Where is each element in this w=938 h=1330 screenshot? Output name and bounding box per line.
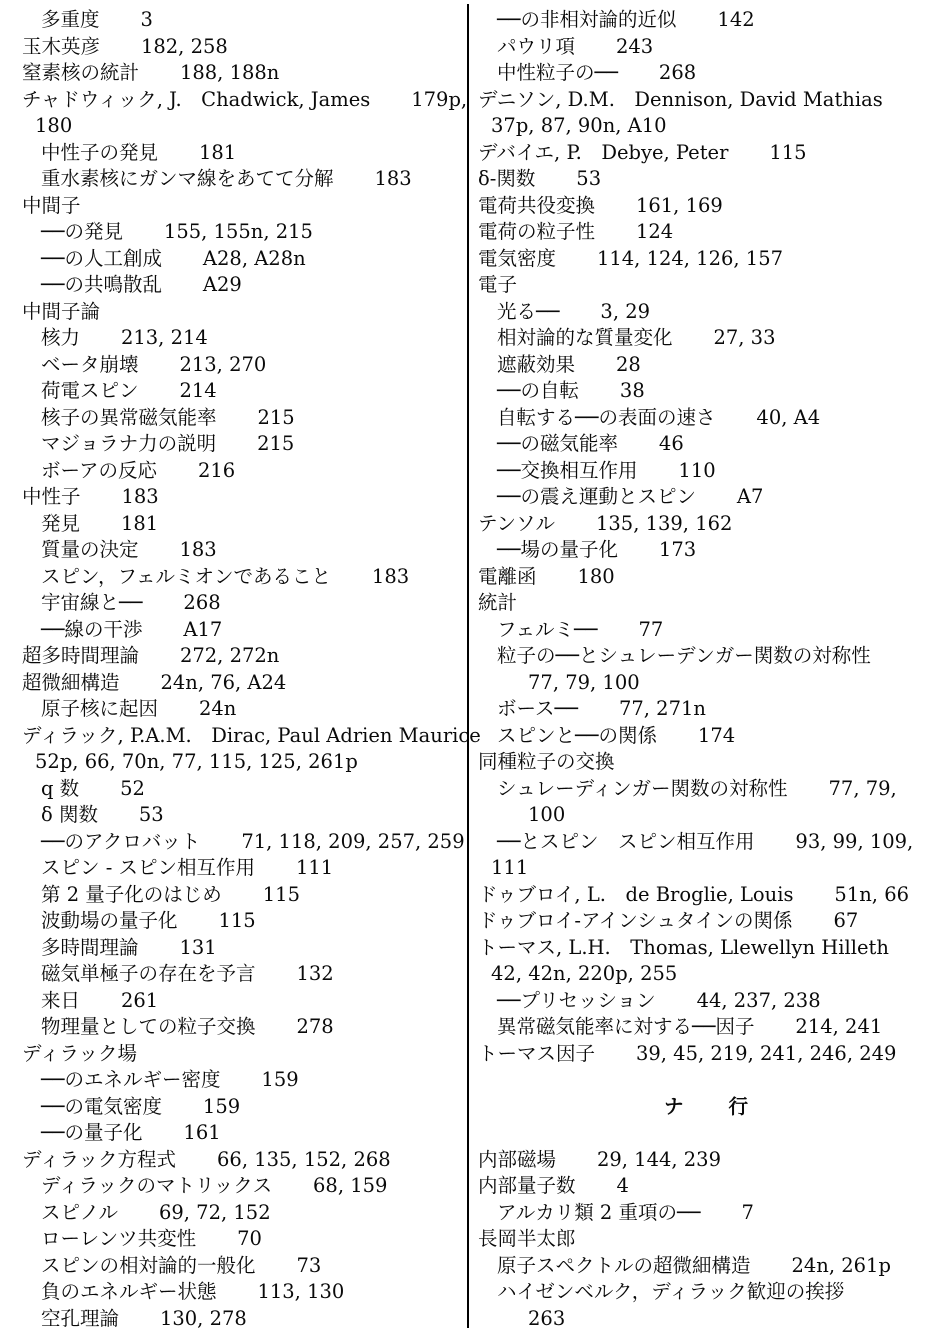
entry-text: 電子 bbox=[478, 273, 517, 296]
page-numbers: A17 bbox=[183, 618, 222, 641]
index-entry-line: ──とスピン スピン相互作用93, 99, 109, bbox=[478, 829, 936, 856]
entry-text: トーマス, L.H. Thomas, Llewellyn Hilleth bbox=[478, 936, 889, 959]
page-numbers: 214, 241 bbox=[795, 1015, 882, 1038]
index-entry-line: 磁気単極子の存在を予言132 bbox=[22, 961, 466, 988]
index-entry-line: スピンの相対論的一般化73 bbox=[22, 1253, 466, 1280]
index-entry-line: 電気密度114, 124, 126, 157 bbox=[478, 246, 936, 273]
section-header-text: ナ 行 bbox=[664, 1095, 750, 1118]
index-entry-line: 遮蔽効果28 bbox=[478, 352, 936, 379]
section-header: ナ 行 bbox=[478, 1094, 936, 1121]
index-entry-line: 長岡半太郎 bbox=[478, 1226, 936, 1253]
entry-text: スピノル bbox=[41, 1201, 118, 1224]
index-entry-line: 荷電スピン214 bbox=[22, 378, 466, 405]
page-numbers: 243 bbox=[616, 35, 653, 58]
page-numbers: 216 bbox=[198, 459, 235, 482]
blank-line bbox=[478, 1067, 936, 1094]
entry-text: ──の量子化 bbox=[41, 1121, 142, 1144]
page-numbers: 159 bbox=[203, 1095, 240, 1118]
page-numbers: 174 bbox=[698, 724, 735, 747]
entry-text: 多時間理論 bbox=[41, 936, 139, 959]
index-entry-line: ディラック, P.A.M. Dirac, Paul Adrien Maurice bbox=[22, 723, 466, 750]
index-entry-line: 原子スペクトルの超微細構造24n, 261p bbox=[478, 1253, 936, 1280]
index-entry-line: 77, 79, 100 bbox=[478, 670, 936, 697]
entry-text: ──の非相対論的近似 bbox=[497, 8, 676, 31]
entry-text: ドゥブロイ-アインシュタインの関係 bbox=[478, 909, 793, 932]
entry-text: ──とスピン スピン相互作用 bbox=[497, 830, 754, 853]
page-numbers: 155, 155n, 215 bbox=[164, 220, 313, 243]
page-numbers: 4 bbox=[616, 1174, 628, 1197]
entry-text: ディラック, P.A.M. Dirac, Paul Adrien Maurice bbox=[22, 724, 481, 747]
index-entry-line: 中間子論 bbox=[22, 299, 466, 326]
entry-text: シュレーディンガー関数の対称性 bbox=[497, 777, 788, 800]
index-entry-line: 異常磁気能率に対する──因子214, 241 bbox=[478, 1014, 936, 1041]
index-entry-line: 263 bbox=[478, 1306, 936, 1330]
entry-text: ディラックのマトリックス bbox=[41, 1174, 272, 1197]
page-numbers: 183 bbox=[372, 565, 409, 588]
index-entry-line: 電離函180 bbox=[478, 564, 936, 591]
entry-text: ベータ崩壊 bbox=[41, 353, 139, 376]
page-numbers: 3 bbox=[140, 8, 152, 31]
index-entry-line: 自転する──の表面の速さ40, A4 bbox=[478, 405, 936, 432]
page-numbers: 181 bbox=[121, 512, 158, 535]
entry-text: ──場の量子化 bbox=[497, 538, 618, 561]
index-entry-line: ──の磁気能率46 bbox=[478, 431, 936, 458]
page-numbers: 131 bbox=[179, 936, 216, 959]
entry-text: ──プリセッション bbox=[497, 989, 656, 1012]
page-numbers: 73 bbox=[296, 1254, 321, 1277]
entry-text: 180 bbox=[35, 114, 72, 137]
index-entry-line: ──の自転38 bbox=[478, 378, 936, 405]
index-entry-line: デバイエ, P. Debye, Peter115 bbox=[478, 140, 936, 167]
entry-text: 荷電スピン bbox=[41, 379, 139, 402]
entry-text: ──のアクロバット bbox=[41, 830, 200, 853]
page-numbers: 278 bbox=[296, 1015, 333, 1038]
index-entry-line: 相対論的な質量変化27, 33 bbox=[478, 325, 936, 352]
index-entry-line: ドゥブロイ-アインシュタインの関係67 bbox=[478, 908, 936, 935]
entry-text: 波動場の量子化 bbox=[41, 909, 178, 932]
entry-text: 中性子 bbox=[22, 485, 81, 508]
entry-text: 電荷の粒子性 bbox=[478, 220, 595, 243]
page-numbers: 3, 29 bbox=[600, 300, 650, 323]
index-entry-line: 波動場の量子化115 bbox=[22, 908, 466, 935]
entry-text: ──の磁気能率 bbox=[497, 432, 618, 455]
entry-text: 中間子論 bbox=[22, 300, 100, 323]
page-numbers: 51n, 66 bbox=[834, 883, 909, 906]
entry-text: δ 関数 bbox=[41, 803, 98, 826]
page-numbers: 272, 272n bbox=[180, 644, 279, 667]
entry-text: ──の人工創成 bbox=[41, 247, 162, 270]
entry-text: 電離函 bbox=[478, 565, 537, 588]
entry-text: 長岡半太郎 bbox=[478, 1227, 576, 1250]
index-entry-line: ──場の量子化173 bbox=[478, 537, 936, 564]
index-entry-line: 電子 bbox=[478, 272, 936, 299]
entry-text: 中間子 bbox=[22, 194, 81, 217]
page-numbers: 180 bbox=[577, 565, 614, 588]
index-entry-line: マジョラナ力の説明215 bbox=[22, 431, 466, 458]
index-entry-line: 中性子の発見181 bbox=[22, 140, 466, 167]
entry-text: ハイゼンベルク，ディラック歓迎の挨拶 bbox=[497, 1280, 844, 1303]
index-entry-line: 第 2 量子化のはじめ115 bbox=[22, 882, 466, 909]
page-numbers: 93, 99, 109, bbox=[795, 830, 913, 853]
page-numbers: 44, 237, 238 bbox=[697, 989, 821, 1012]
index-entry-line: ──の発見155, 155n, 215 bbox=[22, 219, 466, 246]
page-numbers: 173 bbox=[659, 538, 696, 561]
page-numbers: 261 bbox=[121, 989, 158, 1012]
blank-line bbox=[478, 1120, 936, 1147]
entry-text: 第 2 量子化のはじめ bbox=[41, 883, 222, 906]
page-numbers: 28 bbox=[616, 353, 641, 376]
index-entry-line: 空孔理論130, 278 bbox=[22, 1306, 466, 1330]
entry-text: ──の自転 bbox=[497, 379, 579, 402]
entry-text: テンソル bbox=[478, 512, 555, 535]
index-entry-line: 中間子 bbox=[22, 193, 466, 220]
entry-text: 111 bbox=[491, 856, 528, 879]
entry-text: ──のエネルギー密度 bbox=[41, 1068, 220, 1091]
page-numbers: 113, 130 bbox=[257, 1280, 344, 1303]
index-entry-line: 52p, 66, 70n, 77, 115, 125, 261p bbox=[22, 749, 466, 776]
index-entry-line: 同種粒子の交換 bbox=[478, 749, 936, 776]
index-entry-line: フェルミ──77 bbox=[478, 617, 936, 644]
page-numbers: 183 bbox=[179, 538, 216, 561]
entry-text: スピンと──の関係 bbox=[497, 724, 657, 747]
entry-text: ──交換相互作用 bbox=[497, 459, 637, 482]
index-entry-line: スピン - スピン相互作用111 bbox=[22, 855, 466, 882]
index-entry-line: 玉木英彦182, 258 bbox=[22, 34, 466, 61]
entry-text: デバイエ, P. Debye, Peter bbox=[478, 141, 728, 164]
entry-text: 粒子の──とシュレーデンガー関数の対称性 bbox=[497, 644, 871, 667]
page-numbers: 69, 72, 152 bbox=[159, 1201, 271, 1224]
entry-text: ディラック場 bbox=[22, 1042, 137, 1065]
entry-text: ボース── bbox=[497, 697, 578, 720]
entry-text: スピンの相対論的一般化 bbox=[41, 1254, 256, 1277]
page-numbers: 135, 139, 162 bbox=[596, 512, 732, 535]
page-numbers: 183 bbox=[374, 167, 411, 190]
index-entry-line: q 数52 bbox=[22, 776, 466, 803]
page-numbers: 115 bbox=[218, 909, 255, 932]
index-entry-line: ──の共鳴散乱A29 bbox=[22, 272, 466, 299]
entry-text: 遮蔽効果 bbox=[497, 353, 575, 376]
index-entry-line: 180 bbox=[22, 113, 466, 140]
entry-text: 263 bbox=[528, 1307, 565, 1330]
entry-text: 玉木英彦 bbox=[22, 35, 100, 58]
entry-text: ローレンツ共変性 bbox=[41, 1227, 196, 1250]
page-numbers: 161, 169 bbox=[636, 194, 723, 217]
page-numbers: 268 bbox=[183, 591, 220, 614]
page-numbers: A28, A28n bbox=[203, 247, 306, 270]
entry-text: 中性粒子の── bbox=[497, 61, 618, 84]
entry-text: スピン，フェルミオンであること bbox=[41, 565, 331, 588]
page-numbers: 111 bbox=[296, 856, 333, 879]
entry-text: デニソン, D.M. Dennison, David Mathias bbox=[478, 88, 883, 111]
page-numbers: 27, 33 bbox=[713, 326, 775, 349]
page-numbers: 53 bbox=[576, 167, 601, 190]
page-numbers: 142 bbox=[717, 8, 754, 31]
entry-text: 電気密度 bbox=[478, 247, 556, 270]
index-entry-line: 宇宙線と──268 bbox=[22, 590, 466, 617]
entry-text: 超多時間理論 bbox=[22, 644, 139, 667]
index-entry-line: 来日261 bbox=[22, 988, 466, 1015]
index-entry-line: 質量の決定183 bbox=[22, 537, 466, 564]
page-numbers: 66, 135, 152, 268 bbox=[217, 1148, 391, 1171]
entry-text: 中性子の発見 bbox=[41, 141, 158, 164]
page-numbers: 71, 118, 209, 257, 259 bbox=[241, 830, 464, 853]
entry-text: 相対論的な質量変化 bbox=[497, 326, 673, 349]
index-entry-line: 超多時間理論272, 272n bbox=[22, 643, 466, 670]
index-entry-line: 物理量としての粒子交換278 bbox=[22, 1014, 466, 1041]
index-entry-line: ベータ崩壊213, 270 bbox=[22, 352, 466, 379]
index-entry-line: ローレンツ共変性70 bbox=[22, 1226, 466, 1253]
entry-text: 来日 bbox=[41, 989, 80, 1012]
index-entry-line: 多重度3 bbox=[22, 7, 466, 34]
index-entry-line: 42, 42n, 220p, 255 bbox=[478, 961, 936, 988]
index-entry-line: デニソン, D.M. Dennison, David Mathias bbox=[478, 87, 936, 114]
entry-text: 多重度 bbox=[41, 8, 100, 31]
index-entry-line: 111 bbox=[478, 855, 936, 882]
page-numbers: A7 bbox=[737, 485, 764, 508]
entry-text: ──の共鳴散乱 bbox=[41, 273, 162, 296]
page-numbers: 179p, bbox=[411, 88, 467, 111]
index-entry-line: 核子の異常磁気能率215 bbox=[22, 405, 466, 432]
page-numbers: 29, 144, 239 bbox=[597, 1148, 721, 1171]
page-numbers: 132 bbox=[296, 962, 333, 985]
index-entry-line: 37p, 87, 90n, A10 bbox=[478, 113, 936, 140]
entry-text: アルカリ類 2 重項の── bbox=[497, 1201, 701, 1224]
page-numbers: 188, 188n bbox=[180, 61, 279, 84]
index-entry-line: パウリ項243 bbox=[478, 34, 936, 61]
index-entry-line: δ 関数53 bbox=[22, 802, 466, 829]
entry-text: 100 bbox=[528, 803, 565, 826]
page-numbers: 77 bbox=[638, 618, 663, 641]
entry-text: ボーアの反応 bbox=[41, 459, 157, 482]
page-numbers: 24n, 76, A24 bbox=[160, 671, 286, 694]
index-entry-line: 負のエネルギー状態113, 130 bbox=[22, 1279, 466, 1306]
page-numbers: 70 bbox=[237, 1227, 262, 1250]
index-entry-line: 重水素核にガンマ線をあてて分解183 bbox=[22, 166, 466, 193]
entry-text: ──の震え運動とスピン bbox=[497, 485, 696, 508]
index-entry-line: 内部磁場29, 144, 239 bbox=[478, 1147, 936, 1174]
page-numbers: 182, 258 bbox=[141, 35, 228, 58]
index-entry-line: ハイゼンベルク，ディラック歓迎の挨拶 bbox=[478, 1279, 936, 1306]
index-entry-line: 多時間理論131 bbox=[22, 935, 466, 962]
page-numbers: 159 bbox=[261, 1068, 298, 1091]
entry-text: トーマス因子 bbox=[478, 1042, 595, 1065]
index-entry-line: ──プリセッション44, 237, 238 bbox=[478, 988, 936, 1015]
page-numbers: 215 bbox=[257, 432, 294, 455]
entry-text: 超微細構造 bbox=[22, 671, 120, 694]
entry-text: 52p, 66, 70n, 77, 115, 125, 261p bbox=[35, 750, 358, 773]
page-numbers: 115 bbox=[263, 883, 300, 906]
entry-text: ──の電気密度 bbox=[41, 1095, 162, 1118]
index-entry-line: ──の電気密度159 bbox=[22, 1094, 466, 1121]
page-numbers: 115 bbox=[769, 141, 806, 164]
index-entry-line: ──線の干渉A17 bbox=[22, 617, 466, 644]
entry-text: q 数 bbox=[41, 777, 79, 800]
index-entry-line: ──のアクロバット71, 118, 209, 257, 259 bbox=[22, 829, 466, 856]
entry-text: 異常磁気能率に対する──因子 bbox=[497, 1015, 754, 1038]
page-numbers: A29 bbox=[203, 273, 242, 296]
entry-text: 重水素核にガンマ線をあてて分解 bbox=[41, 167, 334, 190]
page-numbers: 53 bbox=[139, 803, 164, 826]
entry-text: ドゥブロイ, L. de Broglie, Louis bbox=[478, 883, 793, 906]
page-numbers: 161 bbox=[183, 1121, 220, 1144]
index-entry-line: ──の非相対論的近似142 bbox=[478, 7, 936, 34]
entry-text: 光る── bbox=[497, 300, 559, 323]
entry-text: 42, 42n, 220p, 255 bbox=[491, 962, 677, 985]
entry-text: 核力 bbox=[41, 326, 80, 349]
entry-text: フェルミ── bbox=[497, 618, 598, 641]
page-numbers: 7 bbox=[741, 1201, 753, 1224]
index-entry-line: ドゥブロイ, L. de Broglie, Louis51n, 66 bbox=[478, 882, 936, 909]
index-entry-line: 核力213, 214 bbox=[22, 325, 466, 352]
entry-text: ──の発見 bbox=[41, 220, 123, 243]
page-numbers: 52 bbox=[120, 777, 145, 800]
index-entry-line: テンソル135, 139, 162 bbox=[478, 511, 936, 538]
page-numbers: 268 bbox=[659, 61, 696, 84]
page-numbers: 67 bbox=[833, 909, 858, 932]
entry-text: 発見 bbox=[41, 512, 80, 535]
index-entry-line: 窒素核の統計188, 188n bbox=[22, 60, 466, 87]
page-numbers: 68, 159 bbox=[313, 1174, 387, 1197]
index-entry-line: 光る──3, 29 bbox=[478, 299, 936, 326]
index-entry-line: 粒子の──とシュレーデンガー関数の対称性 bbox=[478, 643, 936, 670]
index-entry-line: 原子核に起因24n bbox=[22, 696, 466, 723]
entry-text: 原子核に起因 bbox=[41, 697, 158, 720]
page-numbers: 114, 124, 126, 157 bbox=[597, 247, 783, 270]
entry-text: 窒素核の統計 bbox=[22, 61, 139, 84]
entry-text: 負のエネルギー状態 bbox=[41, 1280, 217, 1303]
page-numbers: 77, 271n bbox=[619, 697, 706, 720]
page-numbers: 39, 45, 219, 241, 246, 249 bbox=[636, 1042, 897, 1065]
index-entry-line: ──交換相互作用110 bbox=[478, 458, 936, 485]
index-entry-line: トーマス, L.H. Thomas, Llewellyn Hilleth bbox=[478, 935, 936, 962]
index-page: 多重度3玉木英彦182, 258窒素核の統計188, 188nチャドウィック, … bbox=[0, 0, 938, 1330]
entry-text: 77, 79, 100 bbox=[528, 671, 640, 694]
page-numbers: 110 bbox=[678, 459, 715, 482]
entry-text: 質量の決定 bbox=[41, 538, 139, 561]
index-column-right: ──の非相対論的近似142パウリ項243中性粒子の──268デニソン, D.M.… bbox=[478, 7, 936, 1330]
index-entry-line: ──のエネルギー密度159 bbox=[22, 1067, 466, 1094]
page-numbers: 130, 278 bbox=[160, 1307, 247, 1330]
index-entry-line: トーマス因子39, 45, 219, 241, 246, 249 bbox=[478, 1041, 936, 1068]
entry-text: 内部磁場 bbox=[478, 1148, 556, 1171]
entry-text: 統計 bbox=[478, 591, 517, 614]
page-numbers: 124 bbox=[636, 220, 673, 243]
entry-text: 物理量としての粒子交換 bbox=[41, 1015, 256, 1038]
index-entry-line: ボース──77, 271n bbox=[478, 696, 936, 723]
index-entry-line: 内部量子数4 bbox=[478, 1173, 936, 1200]
index-entry-line: ディラック方程式66, 135, 152, 268 bbox=[22, 1147, 466, 1174]
index-entry-line: 電荷の粒子性124 bbox=[478, 219, 936, 246]
index-entry-line: アルカリ類 2 重項の──7 bbox=[478, 1200, 936, 1227]
index-entry-line: ──の震え運動とスピンA7 bbox=[478, 484, 936, 511]
index-entry-line: ディラック場 bbox=[22, 1041, 466, 1068]
page-numbers: 40, A4 bbox=[756, 406, 820, 429]
entry-text: 磁気単極子の存在を予言 bbox=[41, 962, 256, 985]
entry-text: マジョラナ力の説明 bbox=[41, 432, 216, 455]
index-entry-line: 中性子183 bbox=[22, 484, 466, 511]
index-entry-line: スピンと──の関係174 bbox=[478, 723, 936, 750]
page-numbers: 213, 270 bbox=[179, 353, 266, 376]
entry-text: ──線の干渉 bbox=[41, 618, 142, 641]
page-numbers: 24n bbox=[199, 697, 236, 720]
entry-text: 内部量子数 bbox=[478, 1174, 576, 1197]
index-entry-line: ディラックのマトリックス68, 159 bbox=[22, 1173, 466, 1200]
page-numbers: 181 bbox=[199, 141, 236, 164]
entry-text: チャドウィック, J. Chadwick, James bbox=[22, 88, 370, 111]
entry-text: ディラック方程式 bbox=[22, 1148, 176, 1171]
index-entry-line: 100 bbox=[478, 802, 936, 829]
index-entry-line: 統計 bbox=[478, 590, 936, 617]
page-numbers: 24n, 261p bbox=[791, 1254, 890, 1277]
page-numbers: 214 bbox=[179, 379, 216, 402]
entry-text: 空孔理論 bbox=[41, 1307, 119, 1330]
page-numbers: 183 bbox=[121, 485, 158, 508]
entry-text: δ-関数 bbox=[478, 167, 535, 190]
entry-text: 核子の異常磁気能率 bbox=[41, 406, 217, 429]
entry-text: パウリ項 bbox=[497, 35, 575, 58]
index-entry-line: スピン，フェルミオンであること183 bbox=[22, 564, 466, 591]
index-entry-line: ──の量子化161 bbox=[22, 1120, 466, 1147]
index-entry-line: シュレーディンガー関数の対称性77, 79, bbox=[478, 776, 936, 803]
entry-text: 37p, 87, 90n, A10 bbox=[491, 114, 667, 137]
index-entry-line: スピノル69, 72, 152 bbox=[22, 1200, 466, 1227]
page-numbers: 213, 214 bbox=[121, 326, 208, 349]
column-divider-rule bbox=[467, 4, 469, 1328]
index-entry-line: 発見181 bbox=[22, 511, 466, 538]
index-entry-line: ──の人工創成A28, A28n bbox=[22, 246, 466, 273]
index-entry-line: ボーアの反応216 bbox=[22, 458, 466, 485]
entry-text: スピン - スピン相互作用 bbox=[41, 856, 255, 879]
index-entry-line: 電荷共役変換161, 169 bbox=[478, 193, 936, 220]
entry-text: 同種粒子の交換 bbox=[478, 750, 615, 773]
index-entry-line: δ-関数53 bbox=[478, 166, 936, 193]
index-entry-line: 中性粒子の──268 bbox=[478, 60, 936, 87]
page-numbers: 215 bbox=[257, 406, 294, 429]
page-numbers: 38 bbox=[620, 379, 645, 402]
entry-text: 原子スペクトルの超微細構造 bbox=[497, 1254, 751, 1277]
page-numbers: 77, 79, bbox=[829, 777, 897, 800]
entry-text: 電荷共役変換 bbox=[478, 194, 595, 217]
index-column-left: 多重度3玉木英彦182, 258窒素核の統計188, 188nチャドウィック, … bbox=[22, 7, 466, 1330]
entry-text: 宇宙線と── bbox=[41, 591, 142, 614]
entry-text: 自転する──の表面の速さ bbox=[497, 406, 715, 429]
index-entry-line: 超微細構造24n, 76, A24 bbox=[22, 670, 466, 697]
page-numbers: 46 bbox=[659, 432, 684, 455]
index-entry-line: チャドウィック, J. Chadwick, James179p, bbox=[22, 87, 466, 114]
